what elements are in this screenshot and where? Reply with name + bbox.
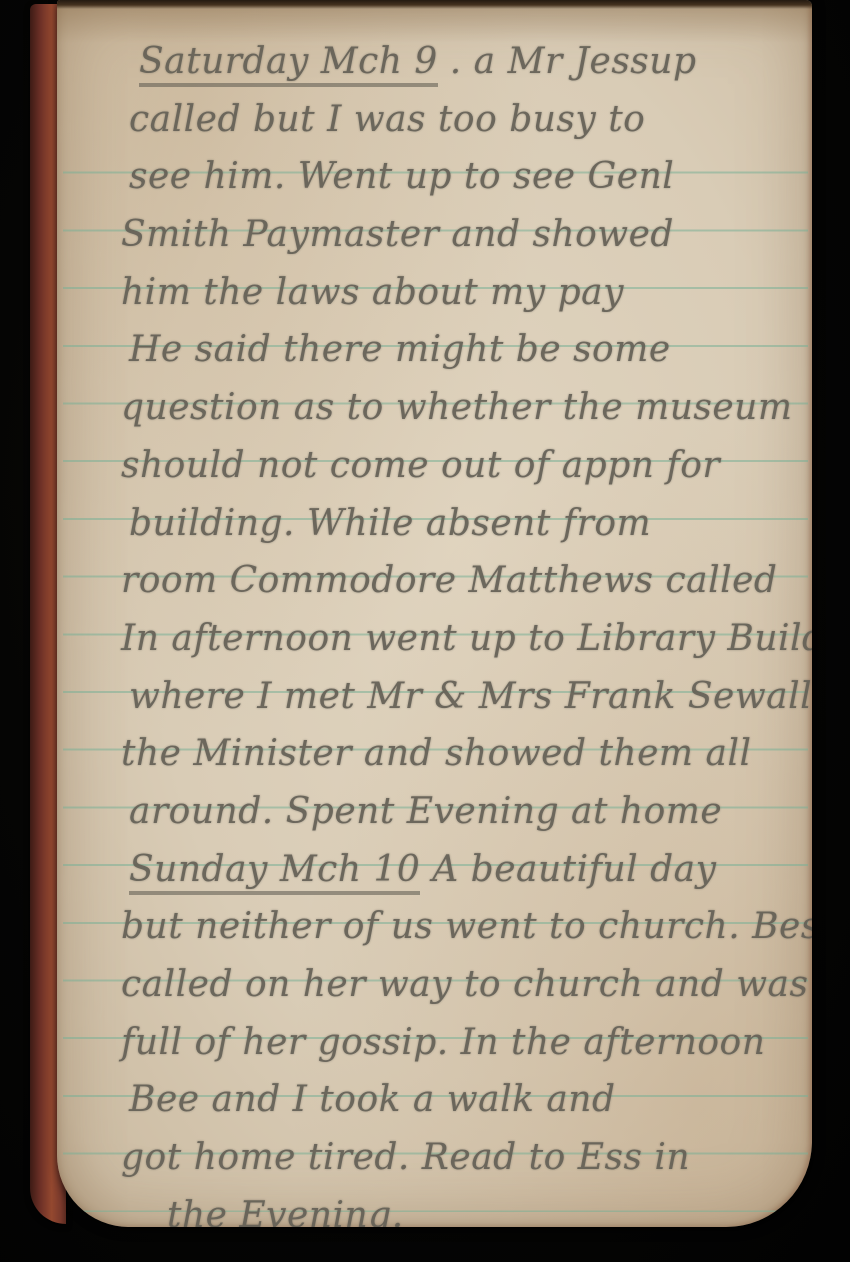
line-text: A beautiful day [420, 849, 716, 890]
notebook-page: Saturday Mch 9 . a Mr Jessup called but … [57, 0, 812, 1227]
handwriting-line: called but I was too busy to [121, 91, 812, 149]
handwritten-text: Saturday Mch 9 . a Mr Jessup called but … [121, 33, 812, 1227]
handwriting-line: Smith Paymaster and showed [121, 206, 812, 264]
handwriting-line: around. Spent Evening at home [121, 783, 812, 841]
handwriting-line: him the laws about my pay [121, 264, 812, 322]
handwriting-line: should not come out of appn for [121, 437, 812, 495]
handwriting-line: question as to whether the museum [121, 379, 812, 437]
line-text: got home tired. Read to Ess in [121, 1137, 690, 1178]
handwriting-line: called on her way to church and was [121, 956, 812, 1014]
handwriting-line: room Commodore Matthews called [121, 552, 812, 610]
line-text: the Evening. [167, 1195, 404, 1227]
line-text: full of her gossip. In the afternoon [121, 1022, 765, 1063]
line-text: the Minister and showed them all [121, 733, 751, 774]
line-text: him the laws about my pay [121, 272, 624, 313]
line-text: should not come out of appn for [121, 445, 720, 486]
handwriting-line: see him. Went up to see Genl [121, 148, 812, 206]
handwriting-line: In afternoon went up to Library Building [121, 610, 812, 668]
photo-backdrop: Saturday Mch 9 . a Mr Jessup called but … [0, 0, 850, 1262]
line-text: around. Spent Evening at home [129, 791, 722, 832]
line-text: . a Mr Jessup [438, 41, 697, 82]
handwriting-line: building. While absent from [121, 495, 812, 553]
handwriting-line: got home tired. Read to Ess in [121, 1129, 812, 1187]
line-text: called but I was too busy to [129, 99, 645, 140]
line-text: question as to whether the museum [121, 387, 793, 428]
date-heading: Saturday Mch 9 [139, 41, 438, 87]
handwriting-line: the Evening. [121, 1187, 812, 1227]
line-text: called on her way to church and was [121, 964, 808, 1005]
line-text: but neither of us went to church. Bessie [121, 906, 812, 947]
line-text: building. While absent from [129, 503, 651, 544]
handwriting-line: where I met Mr & Mrs Frank Sewall [121, 668, 812, 726]
handwriting-line: the Minister and showed them all [121, 725, 812, 783]
line-text: In afternoon went up to Library Building [121, 618, 812, 659]
handwriting-line: Saturday Mch 9 . a Mr Jessup [121, 33, 812, 91]
handwriting-line: Sunday Mch 10 A beautiful day [121, 841, 812, 899]
line-text: He said there might be some [129, 329, 671, 370]
line-text: Bee and I took a walk and [129, 1079, 616, 1120]
date-heading: Sunday Mch 10 [129, 849, 420, 895]
line-text: Smith Paymaster and showed [121, 214, 674, 255]
handwriting-line: Bee and I took a walk and [121, 1071, 812, 1129]
page-top-edge [57, 0, 812, 9]
line-text: where I met Mr & Mrs Frank Sewall [129, 676, 812, 717]
line-text: room Commodore Matthews called [121, 560, 777, 601]
handwriting-line: He said there might be some [121, 321, 812, 379]
line-text: see him. Went up to see Genl [129, 156, 674, 197]
handwriting-line: full of her gossip. In the afternoon [121, 1014, 812, 1072]
handwriting-line: but neither of us went to church. Bessie [121, 898, 812, 956]
